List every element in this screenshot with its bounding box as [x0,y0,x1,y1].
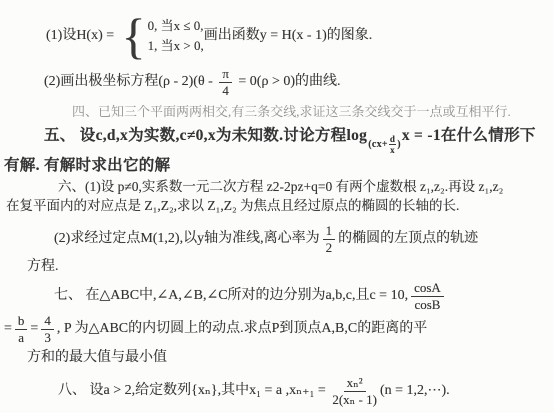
problem3-part1-line: (1)设H(x) = { 0, 当x ≤ 0, 1, 当x > 0, 画出函数y… [46,10,372,62]
problem6-part2-lead: (2)求经过定点M(1,2),以y轴为准线,离心率为 [54,230,320,248]
log-base-close: ) [397,139,401,152]
problem3-part2-line: (2)画出极坐标方程(ρ - 2)(θ - π 4 = 0(ρ > 0)的曲线. [44,62,341,102]
problem7-line3: 方和的最大值与最小值 [27,349,167,367]
fraction-numerator: b [15,314,28,330]
problem7-mid-text: , P 为△ABC的内切圆上的动点.求点P到顶点A,B,C的距离的平 [57,320,427,338]
fraction-denominator: x [390,145,395,155]
piecewise-cases: 0, 当x ≤ 0, 1, 当x > 0, [148,19,204,54]
problem4-line: 四、已知三个平面两两相交,有三条交线,求证这三条交线交于一点或互相平行. [72,104,511,120]
problem5-continuation: 有解. 有解时求出它的解 [4,156,170,175]
piecewise-case-1: 0, 当x ≤ 0, [148,19,204,33]
problem5-cont-text: 有解. 有解时求出它的解 [4,156,170,175]
fraction-denominator: a [18,330,24,345]
scanned-math-worksheet-page: (1)设H(x) = { 0, 当x ≤ 0, 1, 当x > 0, 画出函数y… [0,0,554,413]
problem8-line: 八、 设a > 2,给定数列{xₙ},其中x₁ = a ,xₙ₊₁ = xₙ² … [58,370,450,412]
log-base-subscript: (cx+ d x ) [368,135,401,156]
fraction-1-2: 1 2 [323,224,336,254]
fraction-d-x: d x [389,135,396,156]
fraction-numerator: 1 [323,224,336,240]
problem3-part2-lead: (2)画出极坐标方程(ρ - 2)(θ - [44,73,216,91]
problem8-lead: 八、 设a > 2,给定数列{xₙ},其中x₁ = a ,xₙ₊₁ = [58,382,329,400]
problem7-cont-text: 方和的最大值与最小值 [27,349,167,367]
problem6-part2-continuation: 方程. [27,258,59,276]
fraction-numerator: cosA [411,281,444,297]
piecewise-case-2: 1, 当x > 0, [148,39,204,53]
log-base-open: (cx+ [368,139,388,152]
problem6-line1-text: 六、(1)设 p≠0,实系数一元二次方程 z2-2pz+q=0 有两个虚数根 z… [58,179,503,196]
fraction-denominator: 2(xₙ - 1) [332,392,377,407]
problem4-text: 四、已知三个平面两两相交,有三条交线,求证这三条交线交于一点或互相平行. [72,104,511,120]
problem8-tail: (n = 1,2,⋯). [380,382,450,400]
piecewise-brace: { [122,14,146,59]
fraction-numerator: xₙ² [344,376,366,392]
equals-sign: = [30,320,38,338]
problem6-part2-line: (2)求经过定点M(1,2),以y轴为准线,离心率为 1 2 的椭圆的左顶点的轨… [54,222,478,256]
problem6-part2-cont-text: 方程. [27,258,59,276]
fraction-xn2-2xn-1: xₙ² 2(xₙ - 1) [332,376,377,406]
fraction-denominator: 3 [44,330,51,345]
fraction-pi-4: π 4 [219,67,232,97]
problem5-line: 五、 设c,d,x为实数,c≠0,x为未知数.讨论方程log (cx+ d x … [44,122,536,150]
problem3-part1-tail: 画出函数y = H(x - 1)的图象. [204,27,373,45]
fraction-cosA-cosB: cosA cosB [411,281,444,311]
fraction-denominator: 2 [326,240,333,255]
fraction-denominator: cosB [414,297,440,312]
problem5-tail: x = -1在什么情形下 [402,126,536,145]
problem7-line2: = b a = 4 3 , P 为△ABC的内切圆上的动点.求点P到顶点A,B,… [4,310,427,348]
fraction-numerator: 4 [41,314,54,330]
problem6-part2-tail: 的椭圆的左顶点的轨迹 [338,230,478,248]
fraction-numerator: π [219,67,232,83]
problem6-part1-line2: 在复平面内的对应点是 Z₁,Z₂,求以 Z₁,Z₂ 为焦点且经过原点的椭圆的长轴… [6,198,459,215]
fraction-4-3: 4 3 [41,314,54,344]
problem6-part1-line1: 六、(1)设 p≠0,实系数一元二次方程 z2-2pz+q=0 有两个虚数根 z… [58,179,503,196]
fraction-b-a: b a [15,314,28,344]
problem7-lead: 七、 在△ABC中,∠A,∠B,∠C所对的边分别为a,b,c,且c = 10, [54,287,408,305]
equals-sign: = [4,320,12,338]
problem7-line1: 七、 在△ABC中,∠A,∠B,∠C所对的边分别为a,b,c,且c = 10, … [54,278,447,314]
problem3-part1-lead: (1)设H(x) = [46,27,118,45]
fraction-denominator: 4 [222,83,229,98]
problem6-line2-text: 在复平面内的对应点是 Z₁,Z₂,求以 Z₁,Z₂ 为焦点且经过原点的椭圆的长轴… [6,198,459,215]
problem3-part2-tail: = 0(ρ > 0)的曲线. [235,73,341,91]
fraction-numerator: d [389,135,396,145]
problem5-lead: 五、 设c,d,x为实数,c≠0,x为未知数.讨论方程log [44,126,367,145]
